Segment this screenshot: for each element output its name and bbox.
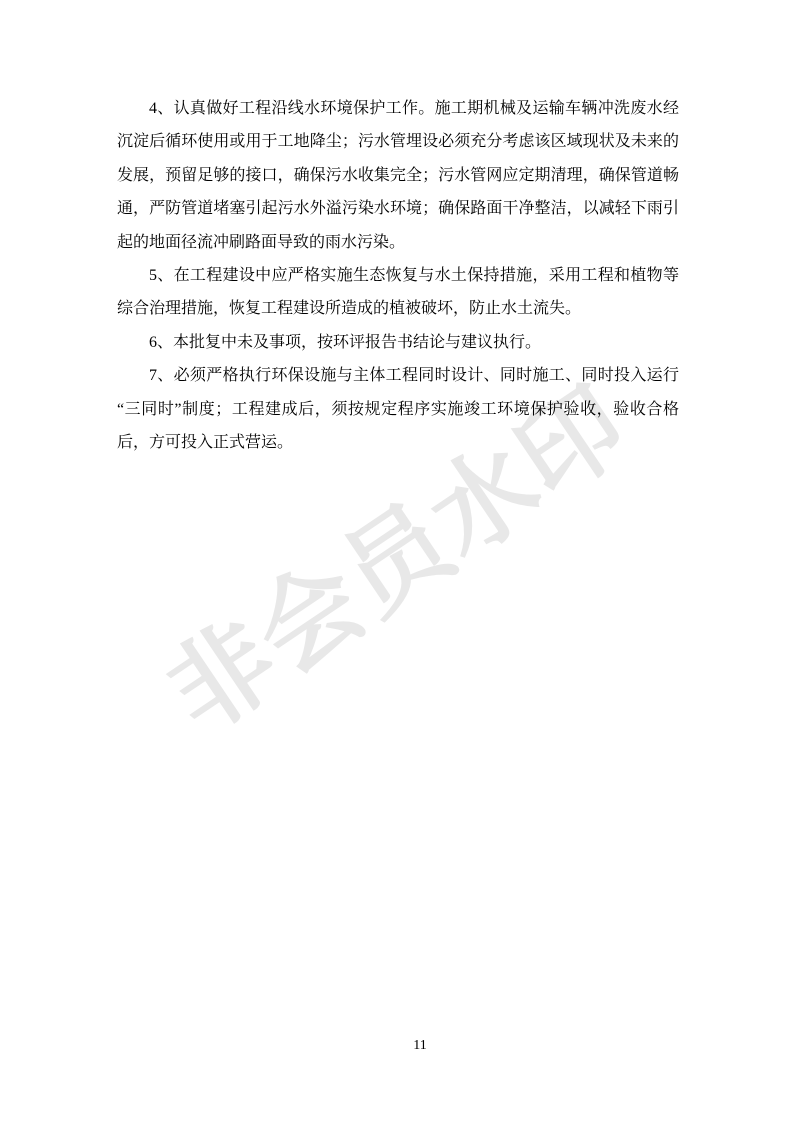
- paragraph-item-4: 4、认真做好工程沿线水环境保护工作。施工期机械及运输车辆冲洗废水经沉淀后循环使用…: [117, 92, 679, 259]
- paragraph-item-5: 5、在工程建设中应严格实施生态恢复与水土保持措施，采用工程和植物等综合治理措施，…: [117, 259, 679, 326]
- page-number: 11: [0, 1038, 793, 1054]
- paragraph-item-7: 7、必须严格执行环保设施与主体工程同时设计、同时施工、同时投入运行“三同时”制度…: [117, 359, 679, 459]
- document-body: 4、认真做好工程沿线水环境保护工作。施工期机械及运输车辆冲洗废水经沉淀后循环使用…: [117, 92, 679, 459]
- document-page: 非会员水印 4、认真做好工程沿线水环境保护工作。施工期机械及运输车辆冲洗废水经沉…: [0, 0, 793, 1122]
- paragraph-item-6: 6、本批复中未及事项，按环评报告书结论与建议执行。: [117, 326, 679, 359]
